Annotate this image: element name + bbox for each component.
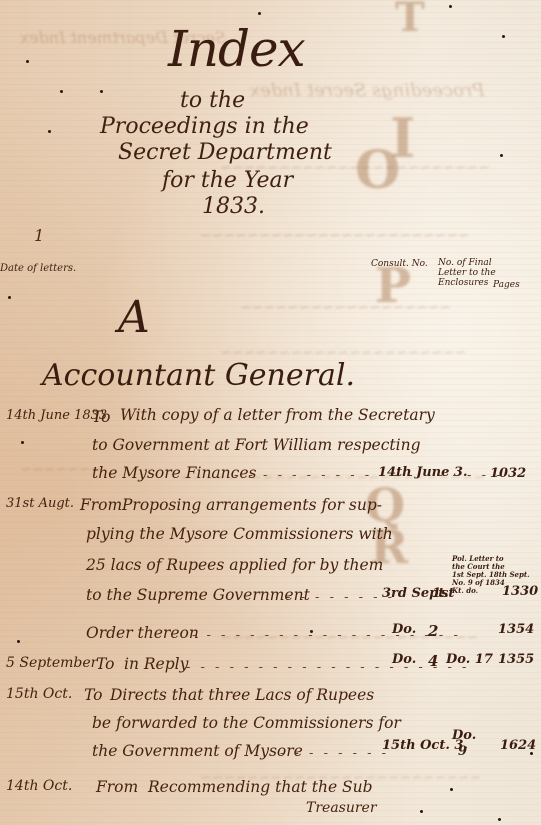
speck <box>258 12 261 15</box>
bleed-text: ~~~~~~~~~~~~~~~~~~~~~~~ <box>200 228 470 244</box>
speck <box>48 130 51 133</box>
entry-direction: To <box>96 655 114 673</box>
entry-line: Treasurer <box>306 800 377 816</box>
entry-line: plying the Mysore Commissioners with <box>86 525 393 543</box>
title-heading: Index <box>168 20 305 78</box>
speck <box>60 90 63 93</box>
speck <box>500 154 503 157</box>
speck <box>8 296 11 299</box>
title-year: 1833. <box>202 194 265 219</box>
bleed-letter: T <box>395 0 425 41</box>
entry-date: 15th Oct. <box>6 686 72 702</box>
entry-page: 1355 <box>498 652 534 667</box>
entry-direction: To <box>84 686 102 704</box>
leader-dots: - - - - - - - - - - - - - - - - - - - <box>192 628 461 643</box>
entry-date: 5 September <box>6 655 97 671</box>
entry-line: Recommending that the Sub <box>148 778 373 796</box>
speck <box>498 818 501 821</box>
entry-consult: Do. <box>392 652 416 667</box>
leader-dots: - - - - - - - - <box>286 590 395 605</box>
bleed-text: ~~~~~~~~~~~~~~~~~~ <box>240 300 451 316</box>
pages-column-header: Pages <box>493 280 520 290</box>
title-line-4: for the Year <box>162 168 293 193</box>
leader-dots: - - - - - - - - - - - - - - - - - - - - <box>186 660 469 675</box>
bleed-text: Proceedings Secret Index <box>250 80 485 101</box>
consult-column-header: Consult. No. <box>371 259 428 269</box>
entry-final: Do. <box>452 728 476 743</box>
speck <box>21 441 24 444</box>
speck <box>530 752 533 755</box>
entry-enclosure: 9 <box>458 744 467 759</box>
entry-line: be forwarded to the Commissioners for <box>92 714 401 732</box>
speck <box>450 788 453 791</box>
entry-page: 1330 <box>502 584 538 599</box>
entry-direction: From <box>96 778 138 796</box>
speck <box>420 810 423 813</box>
title-line-2: Proceedings in the <box>100 114 309 139</box>
leader-dots: - - - - - - - - <box>280 746 389 761</box>
entry-date: 14th Oct. <box>6 778 72 794</box>
speck <box>449 5 452 8</box>
bleed-text: ~~~~~~~ <box>20 462 102 478</box>
final-column-header: No. of Final Letter to the Enclosures <box>438 258 496 288</box>
entry-final: 4 <box>428 652 438 670</box>
entry-line: With copy of a letter from the Secretary <box>120 406 435 424</box>
entry-direction: To <box>92 408 110 426</box>
speck <box>100 90 103 93</box>
entry-line: to the Supreme Government <box>86 586 310 604</box>
entry-line: the Government of Mysore <box>92 742 303 760</box>
entry-page: 1032 <box>490 466 526 481</box>
date-column-header: Date of letters. <box>0 264 76 274</box>
entry-line: to Government at Fort William respecting <box>92 436 421 454</box>
section-title: Accountant General. <box>42 358 355 393</box>
entry-direction: From <box>80 496 122 514</box>
speck <box>17 640 20 643</box>
title-line-3: Secret Department <box>118 140 332 165</box>
entry-page: 1354 <box>498 622 534 637</box>
entry-page: 1624 <box>500 738 536 753</box>
speck <box>26 60 29 63</box>
entry-consult: Do. <box>392 622 416 637</box>
entry-line: 25 lacs of Rupees applied for by them <box>86 556 383 574</box>
entry-final: 2 <box>428 622 438 640</box>
entry-date: 31st Augt. <box>6 496 74 511</box>
folio-mark: 1 <box>34 226 44 245</box>
manuscript-page: T I O P Q R Secret Department Index Proc… <box>0 0 541 825</box>
entry-line: the Mysore Finances <box>92 464 256 482</box>
speck <box>310 630 313 633</box>
entry-line: Directs that three Lacs of Rupees <box>110 686 374 704</box>
entry-line: in Reply <box>124 655 188 673</box>
title-line-1: to the <box>180 88 245 113</box>
entry-line: Proposing arrangements for sup- <box>122 496 382 514</box>
section-letter: A <box>118 292 150 343</box>
entry-enclosure: Do. 17 <box>446 652 493 667</box>
entry-line: Order thereon <box>86 624 199 642</box>
speck <box>502 35 505 38</box>
